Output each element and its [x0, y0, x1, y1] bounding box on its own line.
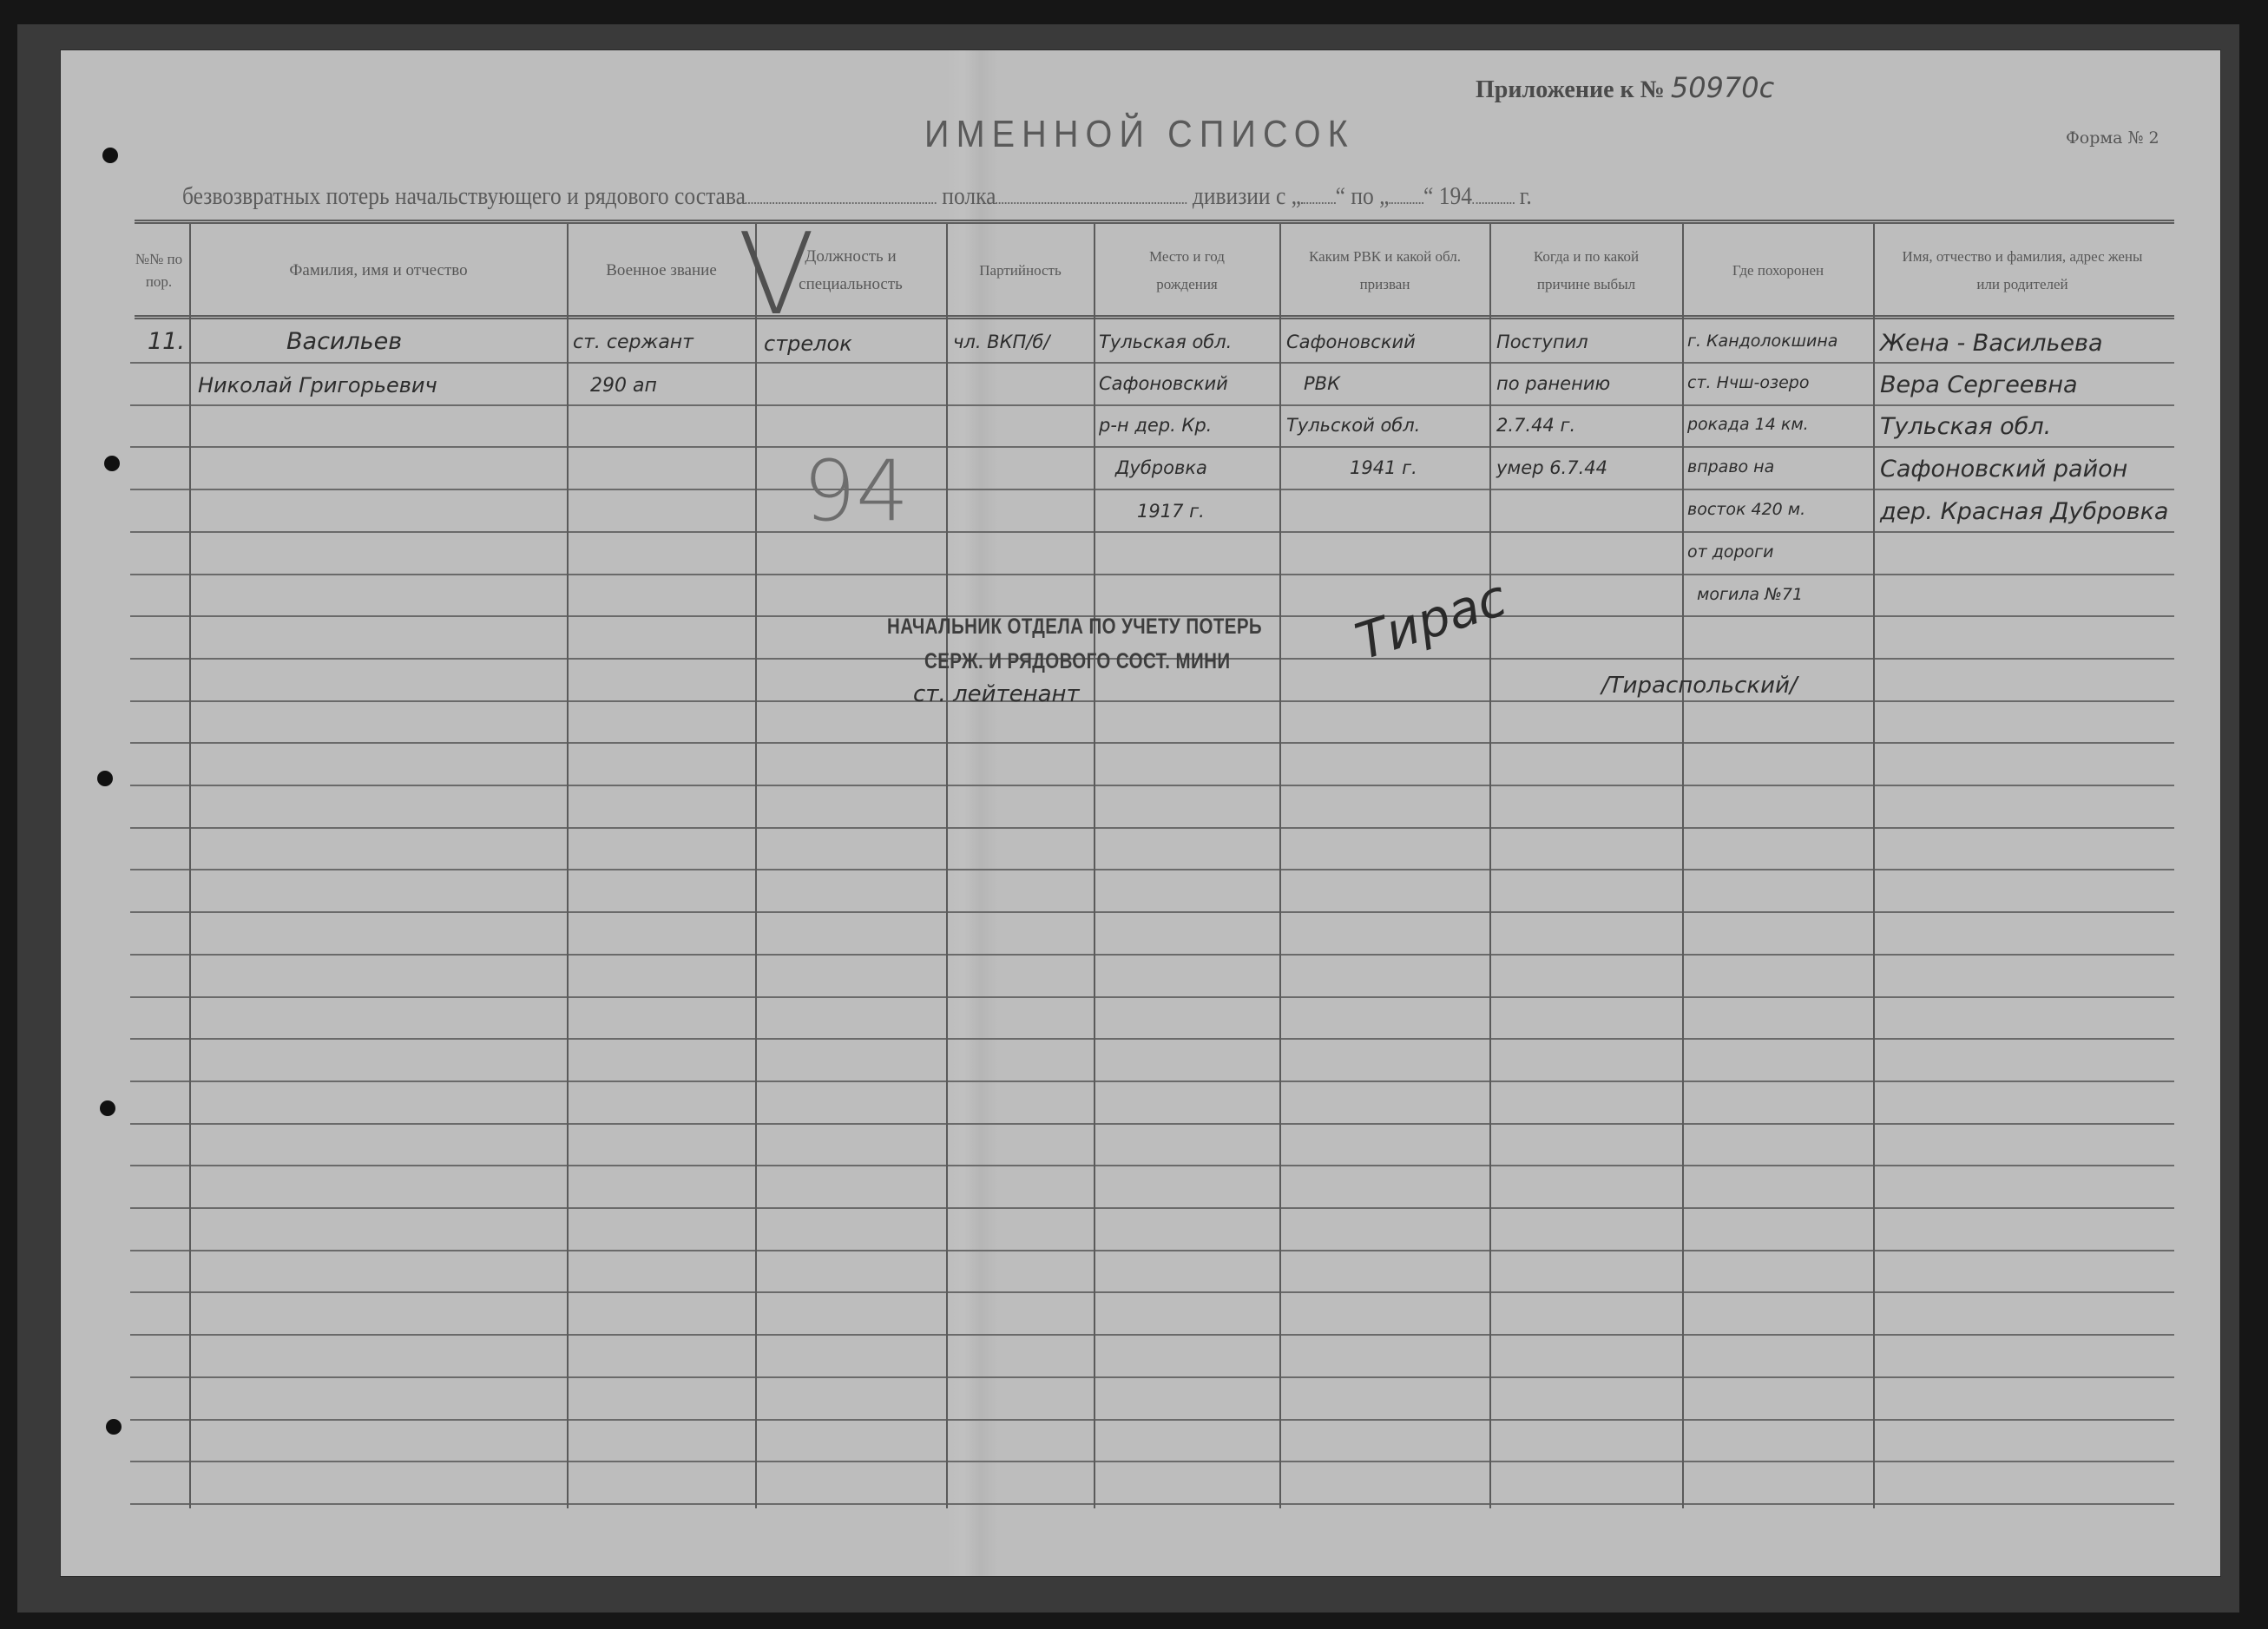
row-rule: [130, 1419, 2174, 1421]
row-rule: [130, 1250, 2174, 1251]
row-rule: [130, 1081, 2174, 1082]
entry-rvk-line: Сафоновский: [1286, 332, 1416, 352]
entry-relative-line: Тульская обл.: [1880, 413, 2051, 440]
column-header-name: Фамилия, имя и отчество: [191, 227, 566, 314]
entry-rvk-line: Тульской обл.: [1286, 415, 1420, 436]
entry-grave-number: могила №71: [1697, 585, 1803, 604]
row-rule: [130, 742, 2174, 744]
form-number: Форма № 2: [2066, 128, 2160, 148]
column-header-birth: Место и год рождения: [1095, 227, 1279, 314]
entry-birth-line: р-н дер. Кр.: [1099, 415, 1212, 436]
subtitle-division: дивизии с „: [1193, 182, 1301, 210]
check-mark: V: [738, 208, 815, 340]
subtitle-to: “ по „: [1336, 182, 1390, 210]
row-rule: [130, 489, 2174, 490]
punch-hole: [104, 456, 120, 471]
entry-burial-line: от дороги: [1687, 542, 1774, 562]
entry-when-line: Поступил: [1496, 332, 1588, 352]
appendix-number: 50970с: [1671, 71, 1774, 104]
row-rule: [130, 362, 2174, 364]
document-subtitle: безвозвратных потерь начальствующего и р…: [182, 182, 1532, 211]
row-rule: [130, 1207, 2174, 1209]
signatory-name: /Тираспольский/: [1601, 673, 1798, 699]
column-divider: [1279, 224, 1281, 1508]
column-header-party: Партийность: [948, 227, 1093, 314]
entry-birth-line: Тульская обл.: [1099, 332, 1232, 352]
entry-relative-line: Жена - Васильева: [1880, 330, 2103, 357]
column-divider: [189, 224, 191, 1508]
entry-birth-year: 1917 г.: [1137, 501, 1205, 522]
column-header-rvk: Каким РВК и какой обл. призван: [1281, 227, 1489, 314]
subtitle-text: безвозвратных потерь начальствующего и р…: [182, 182, 746, 210]
date-from-blank: [1301, 202, 1336, 204]
subtitle-year-suffix: г.: [1520, 182, 1532, 210]
appendix-label: Приложение к №: [1476, 76, 1665, 103]
row-rule: [130, 1165, 2174, 1166]
row-rule: [130, 785, 2174, 786]
column-header-rank: Военное звание: [569, 227, 754, 314]
row-rule: [130, 911, 2174, 913]
entry-burial-line: восток 420 м.: [1687, 500, 1805, 519]
punch-hole: [102, 148, 118, 163]
entry-surname: Васильев: [286, 328, 402, 355]
column-header-num: №№ по пор.: [130, 227, 187, 314]
table-top-rule: [135, 220, 2174, 224]
row-rule: [130, 700, 2174, 702]
date-to-blank: [1389, 202, 1423, 204]
row-rule: [130, 1038, 2174, 1040]
regiment-blank: [746, 202, 937, 204]
entry-party: чл. ВКП/б/: [953, 332, 1049, 352]
column-divider: [1094, 224, 1095, 1508]
year-blank: [1472, 202, 1514, 204]
row-rule: [130, 1291, 2174, 1293]
entry-when-line: по ранению: [1496, 373, 1610, 394]
entry-when-date: 2.7.44 г.: [1496, 415, 1575, 436]
entry-burial-line: рокада 14 км.: [1687, 415, 1809, 434]
row-rule: [130, 954, 2174, 956]
division-blank: [996, 202, 1187, 204]
column-divider: [1489, 224, 1491, 1508]
row-rule: [130, 1376, 2174, 1378]
entry-relative-line: Сафоновский район: [1880, 456, 2127, 483]
stamp-line: НАЧАЛЬНИК ОТДЕЛА ПО УЧЕТУ ПОТЕРЬ: [887, 614, 1262, 640]
entry-relative-line: Вера Сергеевна: [1880, 371, 2078, 398]
entry-birth-line: Сафоновский: [1099, 373, 1228, 394]
signatory-rank: ст. лейтенант: [913, 681, 1080, 707]
entry-burial-line: вправо на: [1687, 457, 1774, 476]
entry-burial-line: г. Кандолокшина: [1687, 332, 1837, 351]
row-rule: [130, 404, 2174, 406]
row-rule: [130, 531, 2174, 533]
stamp-line: СЕРЖ. И РЯДОВОГО СОСТ. МИНИ: [924, 649, 1230, 674]
entry-rvk-line: РВК: [1304, 373, 1340, 394]
entry-relative-line: дер. Красная Дубровка: [1880, 498, 2168, 525]
column-divider: [1682, 224, 1684, 1508]
entry-burial-line: ст. Нчш-озеро: [1687, 373, 1809, 392]
entry-death-date: умер 6.7.44: [1496, 457, 1607, 478]
entry-number: 11.: [148, 328, 185, 355]
column-divider: [946, 224, 948, 1508]
column-divider: [1873, 224, 1875, 1508]
row-rule: [130, 1123, 2174, 1125]
row-rule: [130, 869, 2174, 870]
page-title: ИМЕННОЙ СПИСОК: [924, 113, 1355, 156]
column-divider: [755, 224, 757, 1508]
punch-hole: [97, 771, 113, 786]
pencil-number-mark: 94: [803, 443, 909, 540]
appendix-stamp: Приложение к № 50970с: [1476, 71, 1774, 104]
punch-hole: [106, 1419, 122, 1435]
column-header-relatives: Имя, отчество и фамилия, адрес жены или …: [1875, 227, 2170, 314]
row-rule: [130, 996, 2174, 998]
header-bottom-rule: [135, 315, 2174, 319]
column-divider: [567, 224, 569, 1508]
subtitle-year: “ 194: [1423, 182, 1472, 210]
row-rule: [130, 1461, 2174, 1462]
subtitle-regiment: полка: [942, 182, 996, 210]
entry-given-names: Николай Григорьевич: [198, 373, 437, 397]
row-rule: [130, 1503, 2174, 1505]
row-rule: [130, 827, 2174, 829]
row-rule: [130, 1334, 2174, 1336]
row-rule: [130, 574, 2174, 575]
entry-unit: 290 ап: [590, 375, 657, 397]
entry-birth-line: Дубровка: [1115, 457, 1207, 478]
punch-hole: [100, 1100, 115, 1116]
entry-rank: ст. сержант: [573, 332, 694, 353]
row-rule: [130, 446, 2174, 448]
column-header-when: Когда и по какой причине выбыл: [1491, 227, 1681, 314]
entry-rvk-year: 1941 г.: [1350, 457, 1417, 478]
column-header-buried: Где похоронен: [1684, 227, 1872, 314]
